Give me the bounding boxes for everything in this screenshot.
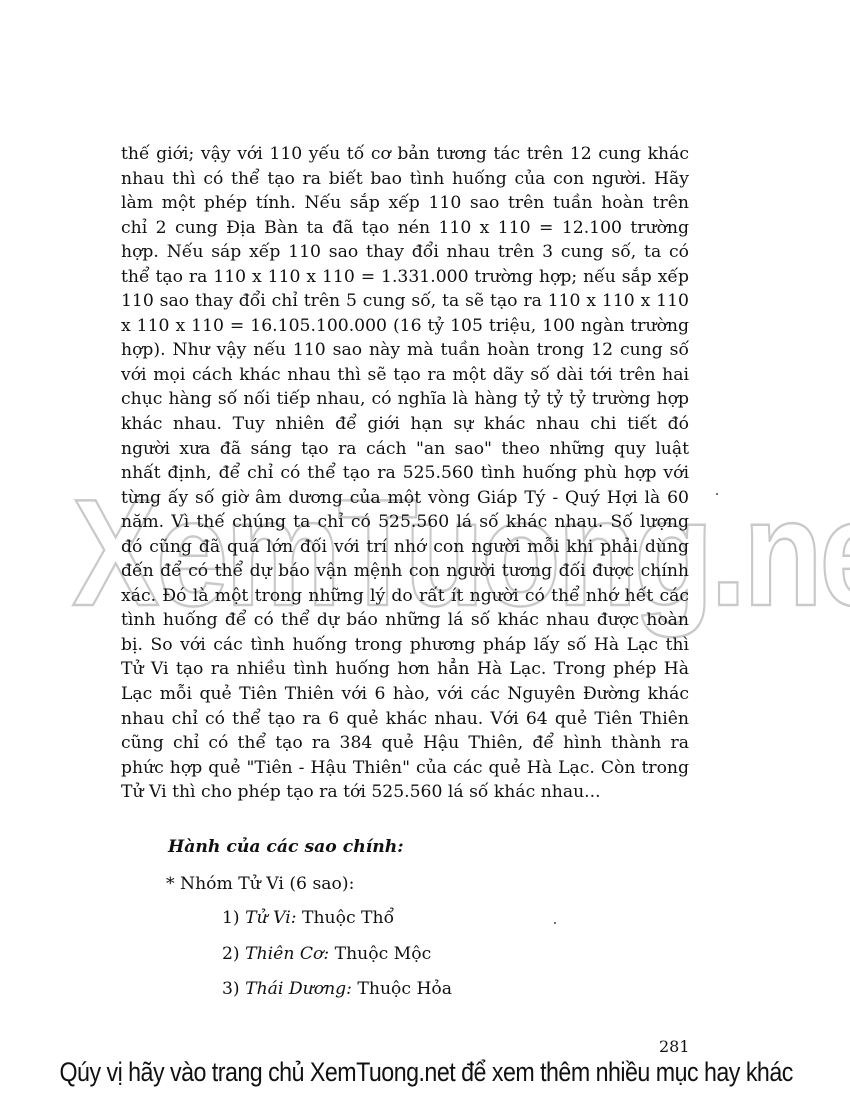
paragraph-line: bị. So với các tình huống trong phương p… (121, 633, 689, 658)
scan-speck (554, 922, 556, 924)
star-list-item: 2) Thiên Cơ: Thuộc Mộc (222, 944, 431, 964)
paragraph-line: nhau thì có thể tạo ra biết bao tình huố… (121, 167, 689, 192)
paragraph-line: tình huống để có thể dự báo những lá số … (121, 608, 689, 633)
paragraph-line: từng ấy số giờ âm dương của một vòng Giá… (121, 486, 689, 511)
star-element: Thuộc Hỏa (357, 979, 452, 999)
paragraph-line: thể tạo ra 110 x 110 x 110 = 1.331.000 t… (121, 265, 689, 290)
paragraph-line: khác nhau. Tuy nhiên để giới hạn sự khác… (121, 412, 689, 437)
page-number: 281 (659, 1037, 690, 1056)
book-page: XemTuong.net thế giới; vậy với 110 yếu t… (0, 0, 850, 1102)
paragraph-line: nhau chỉ có thể tạo ra 6 quẻ khác nhau. … (121, 707, 689, 732)
star-element: Thuộc Mộc (335, 944, 432, 964)
item-index: 3) (222, 979, 240, 999)
paragraph-line: Tử Vi tạo ra nhiều tình huống hơn hẳn Hà… (121, 657, 689, 682)
paragraph-line: đến để có thể dự báo vận mệnh con người … (121, 559, 689, 584)
group-title: * Nhóm Tử Vi (6 sao): (166, 874, 354, 894)
paragraph-line: với mọi cách khác nhau thì sẽ tạo ra một… (121, 363, 689, 388)
paragraph-line: nhất định, để chỉ có thể tạo ra 525.560 … (121, 461, 689, 486)
paragraph-line: chục hàng số nối tiếp nhau, có nghĩa là … (121, 387, 689, 412)
paragraph-line: 110 sao thay đổi chỉ trên 5 cung số, ta … (121, 289, 689, 314)
paragraph-line: năm. Vì thế chúng ta chỉ có 525.560 lá s… (121, 510, 689, 535)
paragraph-line: đó cũng đã quá lớn đối với trí nhớ con n… (121, 535, 689, 560)
paragraph-line: chỉ 2 cung Địa Bàn ta đã tạo nén 110 x 1… (121, 216, 689, 241)
paragraph-line: làm một phép tính. Nếu sắp xếp 110 sao t… (121, 191, 689, 216)
footer-text-after: để xem thêm nhiều mục hay khác (455, 1057, 793, 1087)
body-paragraph: thế giới; vậy với 110 yếu tố cơ bản tươn… (121, 142, 689, 805)
paragraph-line: hợp. Nếu sáp xếp 110 sao thay đổi nhau t… (121, 240, 689, 265)
paragraph-line: hợp). Như vậy nếu 110 sao này mà tuần ho… (121, 338, 689, 363)
footer-text-before: Qúy vị hãy vào trang chủ (60, 1057, 310, 1087)
star-list-item: 3) Thái Dương: Thuộc Hỏa (222, 979, 452, 999)
paragraph-line: x 110 x 110 = 16.105.100.000 (16 tỷ 105 … (121, 314, 689, 339)
footer-site-link[interactable]: XemTuong.net (310, 1057, 455, 1087)
paragraph-line: Lạc mỗi quẻ Tiên Thiên với 6 hào, với cá… (121, 682, 689, 707)
section-heading: Hành của các sao chính: (168, 837, 404, 857)
paragraph-line: cũng chỉ có thể tạo ra 384 quẻ Hậu Thiên… (121, 731, 689, 756)
paragraph-line: Tử Vi thì cho phép tạo ra tới 525.560 lá… (121, 780, 689, 805)
star-name: Tử Vi: (245, 908, 296, 928)
star-name: Thái Dương: (245, 979, 352, 999)
paragraph-line: xác. Đó là một trong những lý do rất ít … (121, 584, 689, 609)
star-list-item: 1) Tử Vi: Thuộc Thổ (222, 908, 394, 928)
item-index: 2) (222, 944, 240, 964)
paragraph-line: thế giới; vậy với 110 yếu tố cơ bản tươn… (121, 142, 689, 167)
scan-speck (716, 493, 718, 495)
star-name: Thiên Cơ: (245, 944, 329, 964)
star-element: Thuộc Thổ (302, 908, 394, 928)
item-index: 1) (222, 908, 240, 928)
paragraph-line: phức hợp quẻ "Tiên - Hậu Thiên" của các … (121, 756, 689, 781)
footer-banner: Qúy vị hãy vào trang chủ XemTuong.net để… (60, 1057, 791, 1088)
paragraph-line: người xưa đã sáng tạo ra cách "an sao" t… (121, 437, 689, 462)
